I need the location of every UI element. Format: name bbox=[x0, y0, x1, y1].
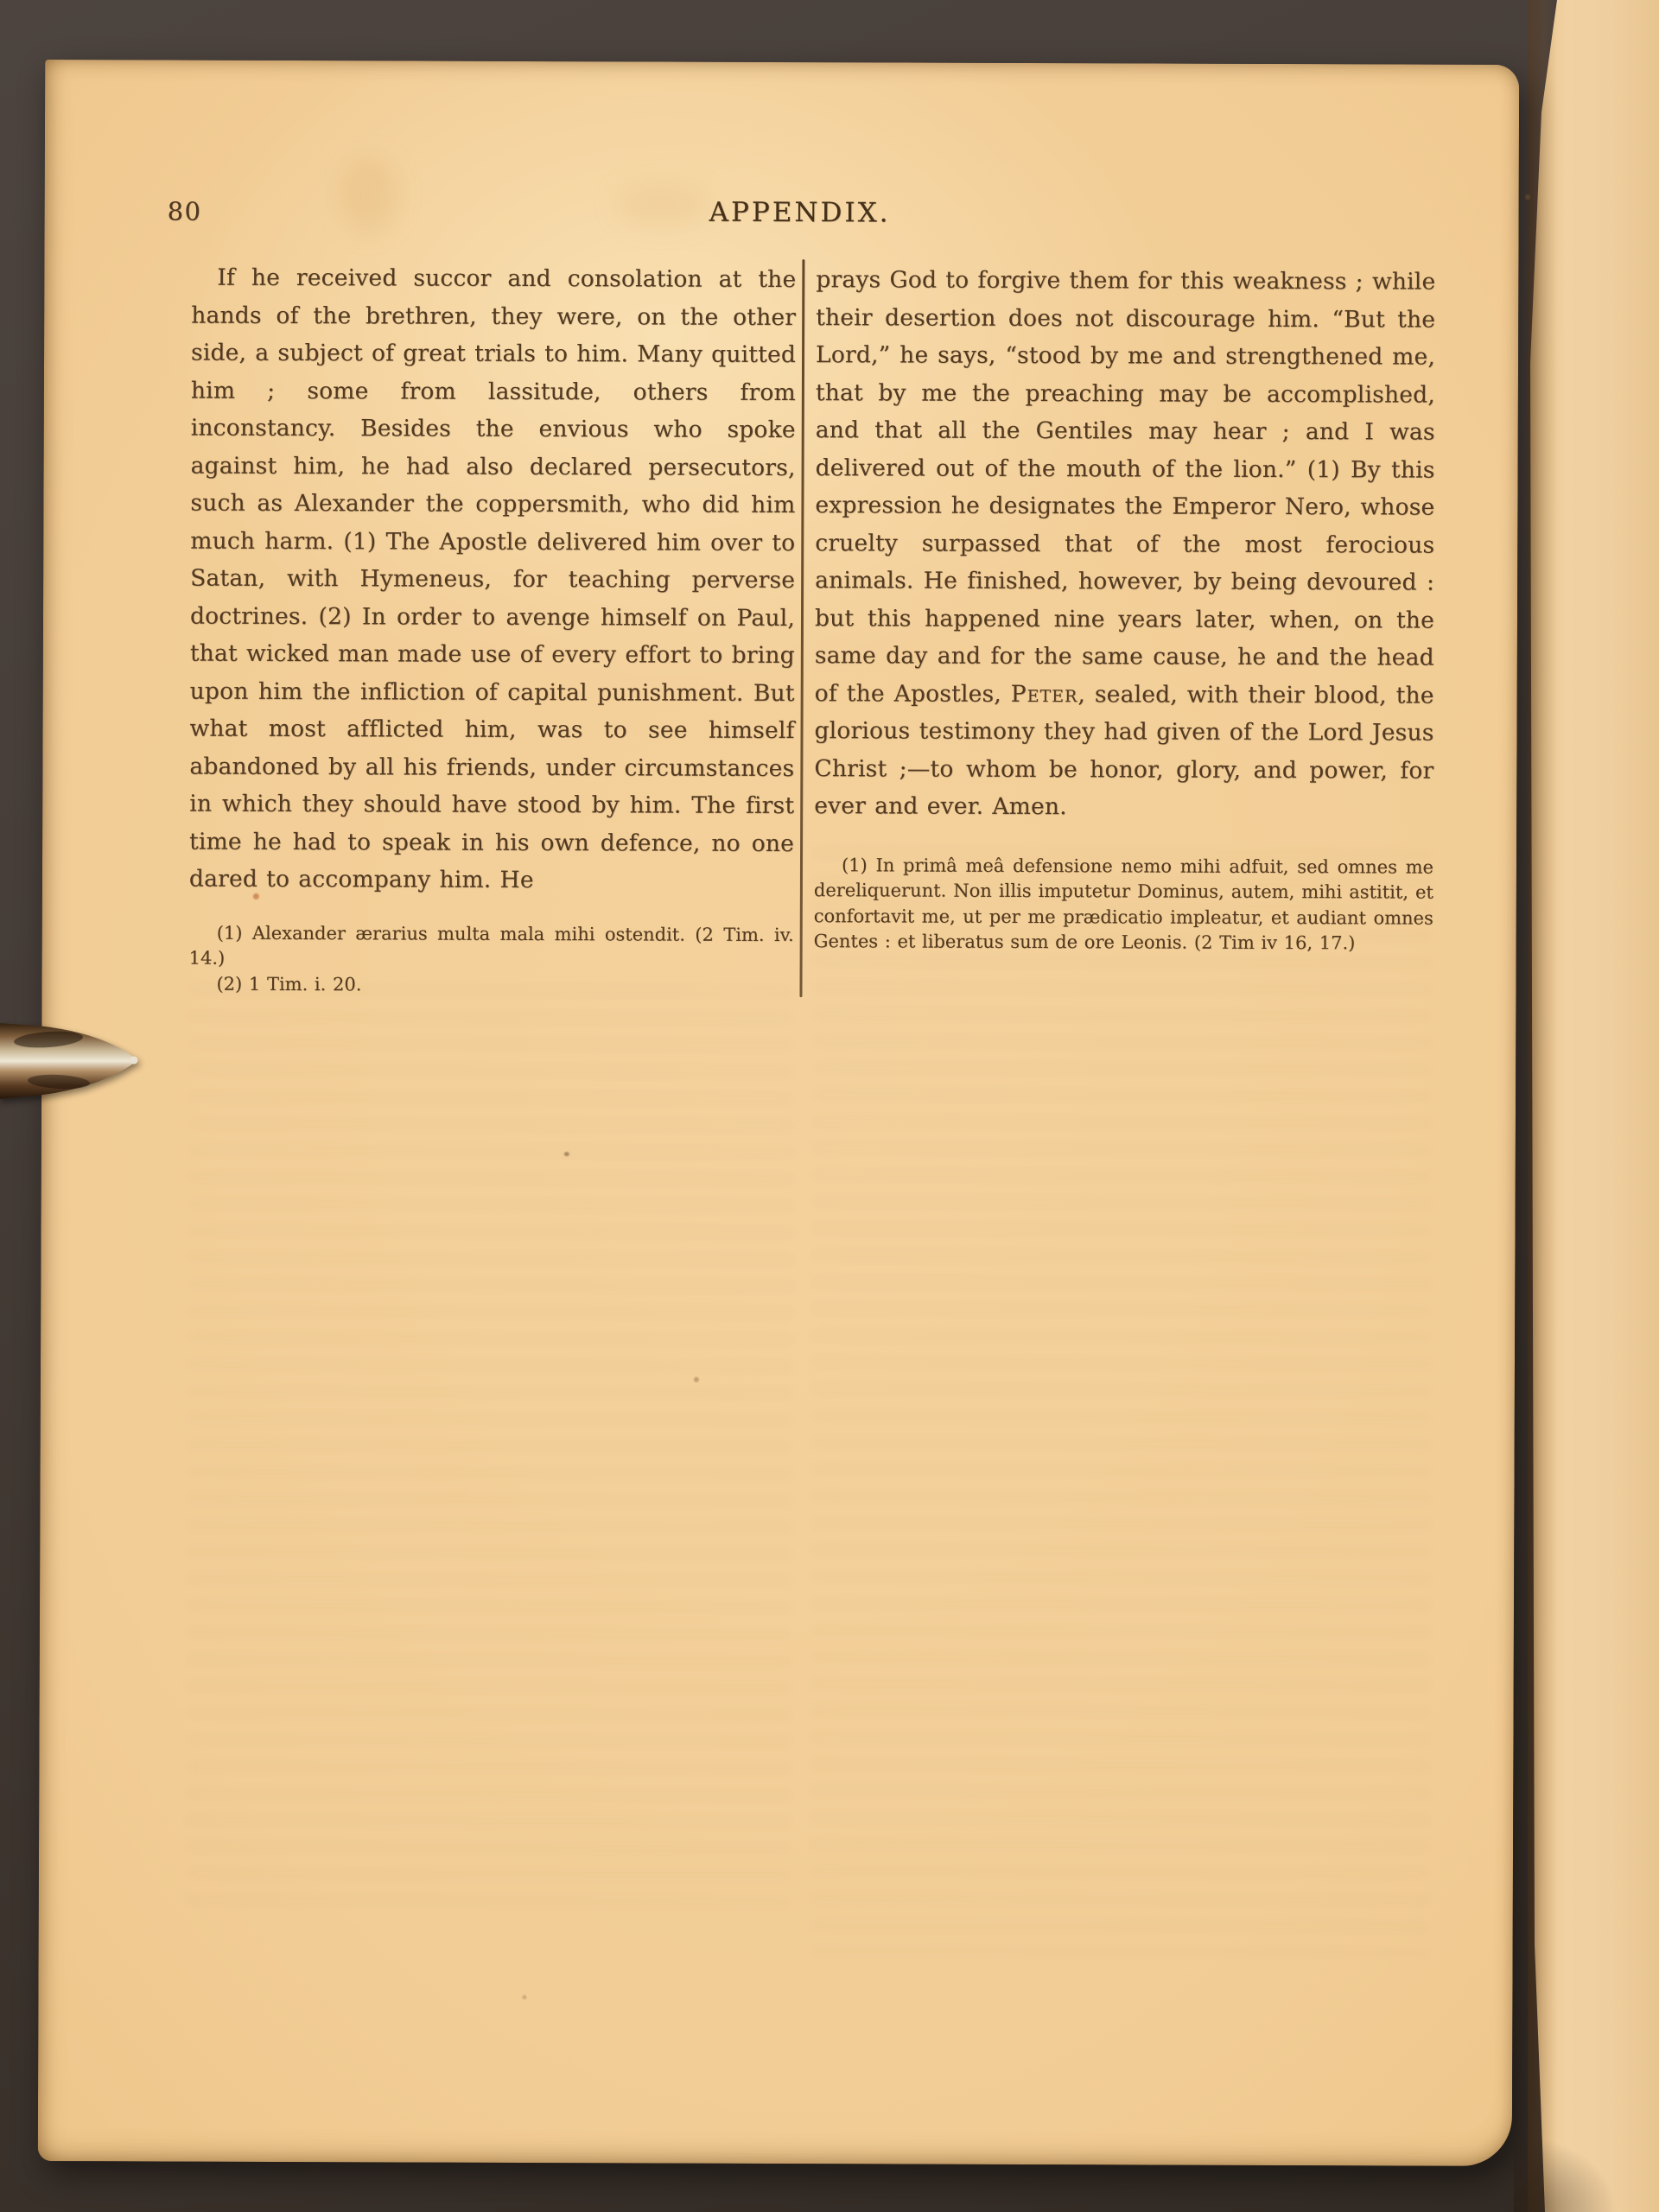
book-page: 80 APPENDIX. If he received succor and c… bbox=[38, 60, 1519, 2166]
footnote-1: (1) Alexander ærarius multa mala mihi os… bbox=[189, 920, 794, 973]
foxing-spot bbox=[522, 1995, 526, 1999]
paragraph-left: If he received succor and consolation at… bbox=[189, 259, 797, 900]
foxing-spot bbox=[253, 893, 259, 899]
foxing-spot bbox=[564, 1152, 569, 1156]
paper-stain bbox=[339, 156, 399, 233]
foxing-spot bbox=[694, 1377, 699, 1382]
photo-background: 80 APPENDIX. If he received succor and c… bbox=[0, 0, 1659, 2212]
paper-stain bbox=[615, 182, 710, 226]
metal-pen-clip bbox=[0, 1021, 143, 1103]
text-column-left: If he received succor and consolation at… bbox=[188, 259, 796, 999]
page-gutter-crease bbox=[1528, 0, 1557, 2212]
reverse-side-show-through bbox=[810, 849, 1433, 1956]
foxing-spot bbox=[1525, 194, 1530, 200]
leaf-bottom-shadow bbox=[1514, 2134, 1618, 2212]
reverse-side-show-through bbox=[186, 985, 794, 1920]
running-head: APPENDIX. bbox=[63, 194, 1537, 231]
paragraph-right: prays God to forgive them for this weakn… bbox=[814, 261, 1435, 827]
column-divider-rule bbox=[799, 259, 804, 997]
